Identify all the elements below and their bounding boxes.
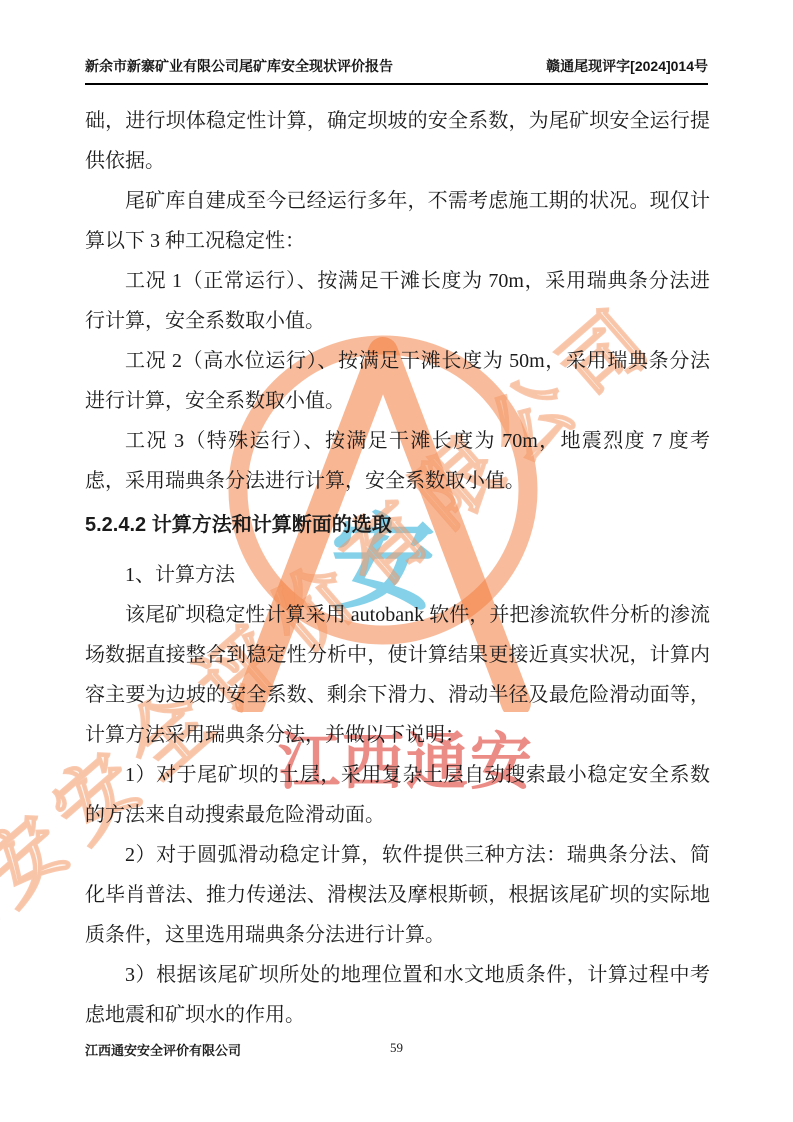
- paragraph: 尾矿库自建成至今已经运行多年，不需考虑施工期的状况。现仅计算以下 3 种工况稳定…: [85, 181, 710, 261]
- header-report-title: 新余市新寨矿业有限公司尾矿库安全现状评价报告: [85, 56, 393, 76]
- section-heading: 5.2.4.2 计算方法和计算断面的选取: [85, 505, 710, 545]
- header-report-number: 赣通尾现评字[2024]014号: [546, 56, 708, 76]
- paragraph: 1）对于尾矿坝的土层，采用复杂土层自动搜索最小稳定安全系数的方法来自动搜索最危险…: [85, 755, 710, 835]
- paragraph: 1、计算方法: [85, 555, 710, 595]
- paragraph: 工况 3（特殊运行）、按满足干滩长度为 70m，地震烈度 7 度考虑，采用瑞典条…: [85, 421, 710, 501]
- paragraph: 3）根据该尾矿坝所处的地理位置和水文地质条件，计算过程中考虑地震和矿坝水的作用。: [85, 955, 710, 1035]
- document-page: 安 江西通安安全评价有限公司 江西通安 新余市新寨矿业有限公司尾矿库安全现状评价…: [0, 0, 793, 1122]
- paragraph: 础，进行坝体稳定性计算，确定坝坡的安全系数，为尾矿坝安全运行提供依据。: [85, 101, 710, 181]
- paragraph: 该尾矿坝稳定性计算采用 autobank 软件，并把渗流软件分析的渗流场数据直接…: [85, 595, 710, 755]
- footer-company-name: 江西通安安全评价有限公司: [85, 1040, 241, 1059]
- paragraph: 2）对于圆弧滑动稳定计算，软件提供三种方法：瑞典条分法、简化毕肖普法、推力传递法…: [85, 835, 710, 955]
- page-header: 新余市新寨矿业有限公司尾矿库安全现状评价报告 赣通尾现评字[2024]014号: [85, 56, 708, 85]
- paragraph: 工况 1（正常运行）、按满足干滩长度为 70m，采用瑞典条分法进行计算，安全系数…: [85, 261, 710, 341]
- document-body: 础，进行坝体稳定性计算，确定坝坡的安全系数，为尾矿坝安全运行提供依据。尾矿库自建…: [85, 101, 710, 1035]
- paragraph: 工况 2（高水位运行）、按满足干滩长度为 50m，采用瑞典条分法进行计算，安全系…: [85, 341, 710, 421]
